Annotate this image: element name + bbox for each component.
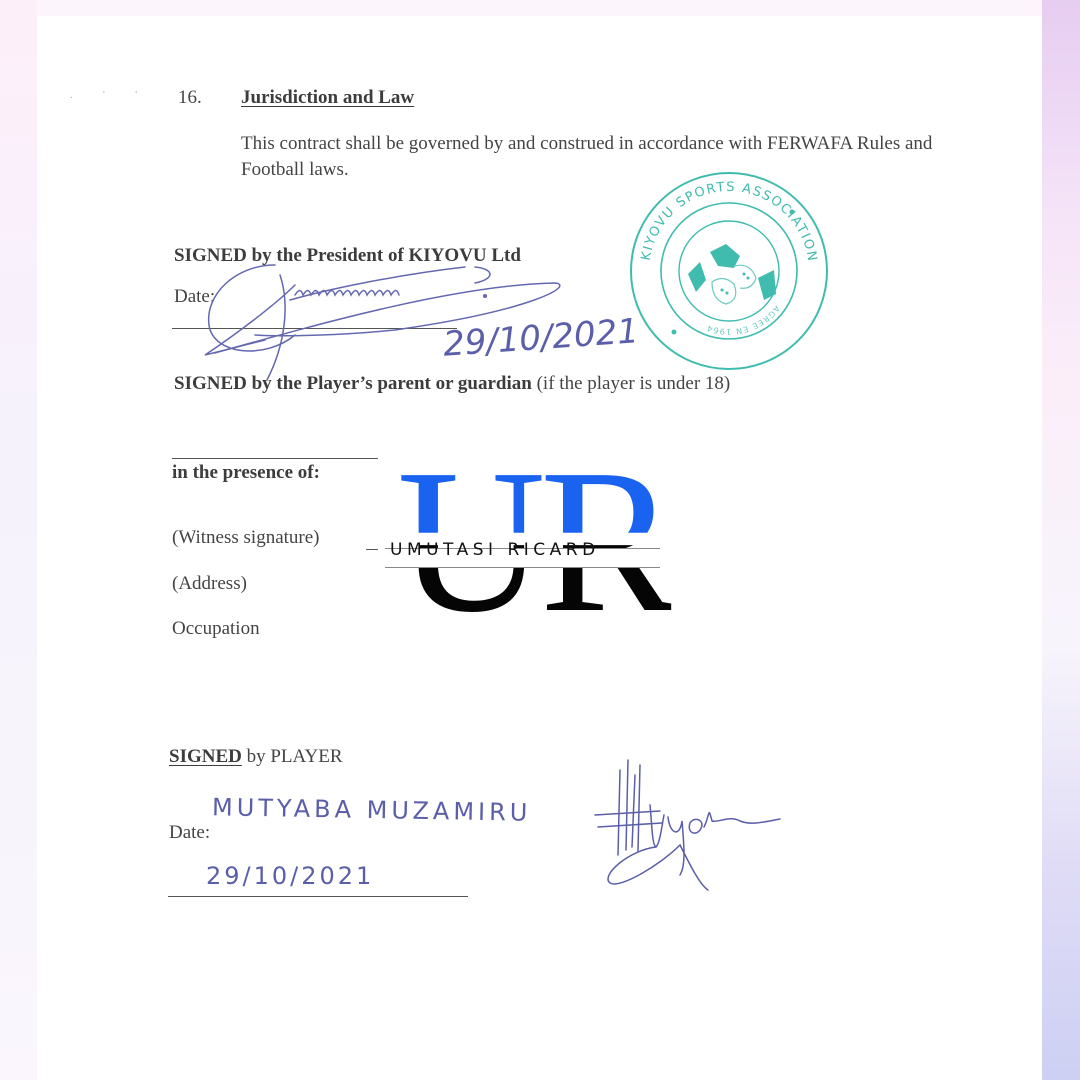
section-body-line2: Football laws.	[241, 159, 349, 181]
occupation-label: Occupation	[172, 618, 260, 640]
ur-watermark-logo: UR UR UMUTASI RICARD	[385, 478, 705, 634]
player-date-label: Date:	[169, 822, 210, 844]
guardian-signed-label: SIGNED by the Player’s parent or guardia…	[174, 373, 730, 395]
section-heading: Jurisdiction and Law	[241, 87, 414, 109]
witness-signature-line	[366, 549, 378, 550]
guardian-signed-normal: (if the player is under 18)	[532, 373, 730, 394]
background-left	[0, 0, 37, 1080]
player-signature-icon	[590, 755, 810, 895]
section-body-line1: This contract shall be governed by and c…	[241, 133, 932, 155]
address-label: (Address)	[172, 573, 247, 595]
club-stamp: KIYOVU SPORTS ASSOCIATION AGREE EN 1964	[628, 170, 830, 372]
section-number: 16.	[178, 87, 202, 109]
logo-name: UMUTASI RICARD	[390, 542, 600, 559]
player-handwritten-name: MUTYABA MUZAMIRU	[212, 793, 532, 827]
guardian-signature-line	[172, 458, 378, 459]
presence-label: in the presence of:	[172, 462, 320, 484]
guardian-signed-bold: SIGNED by the Player’s parent or guardia…	[174, 373, 532, 394]
player-signed-label: SIGNED by PLAYER	[169, 746, 343, 768]
player-handwritten-date: 29/10/2021	[206, 862, 374, 890]
margin-marks: . ' '	[70, 90, 151, 101]
player-signed-bold: SIGNED	[169, 746, 242, 767]
background-right	[1042, 0, 1080, 1080]
witness-signature-label: (Witness signature)	[172, 527, 320, 549]
player-signature-line	[168, 896, 468, 897]
player-signed-normal: by PLAYER	[242, 746, 343, 767]
